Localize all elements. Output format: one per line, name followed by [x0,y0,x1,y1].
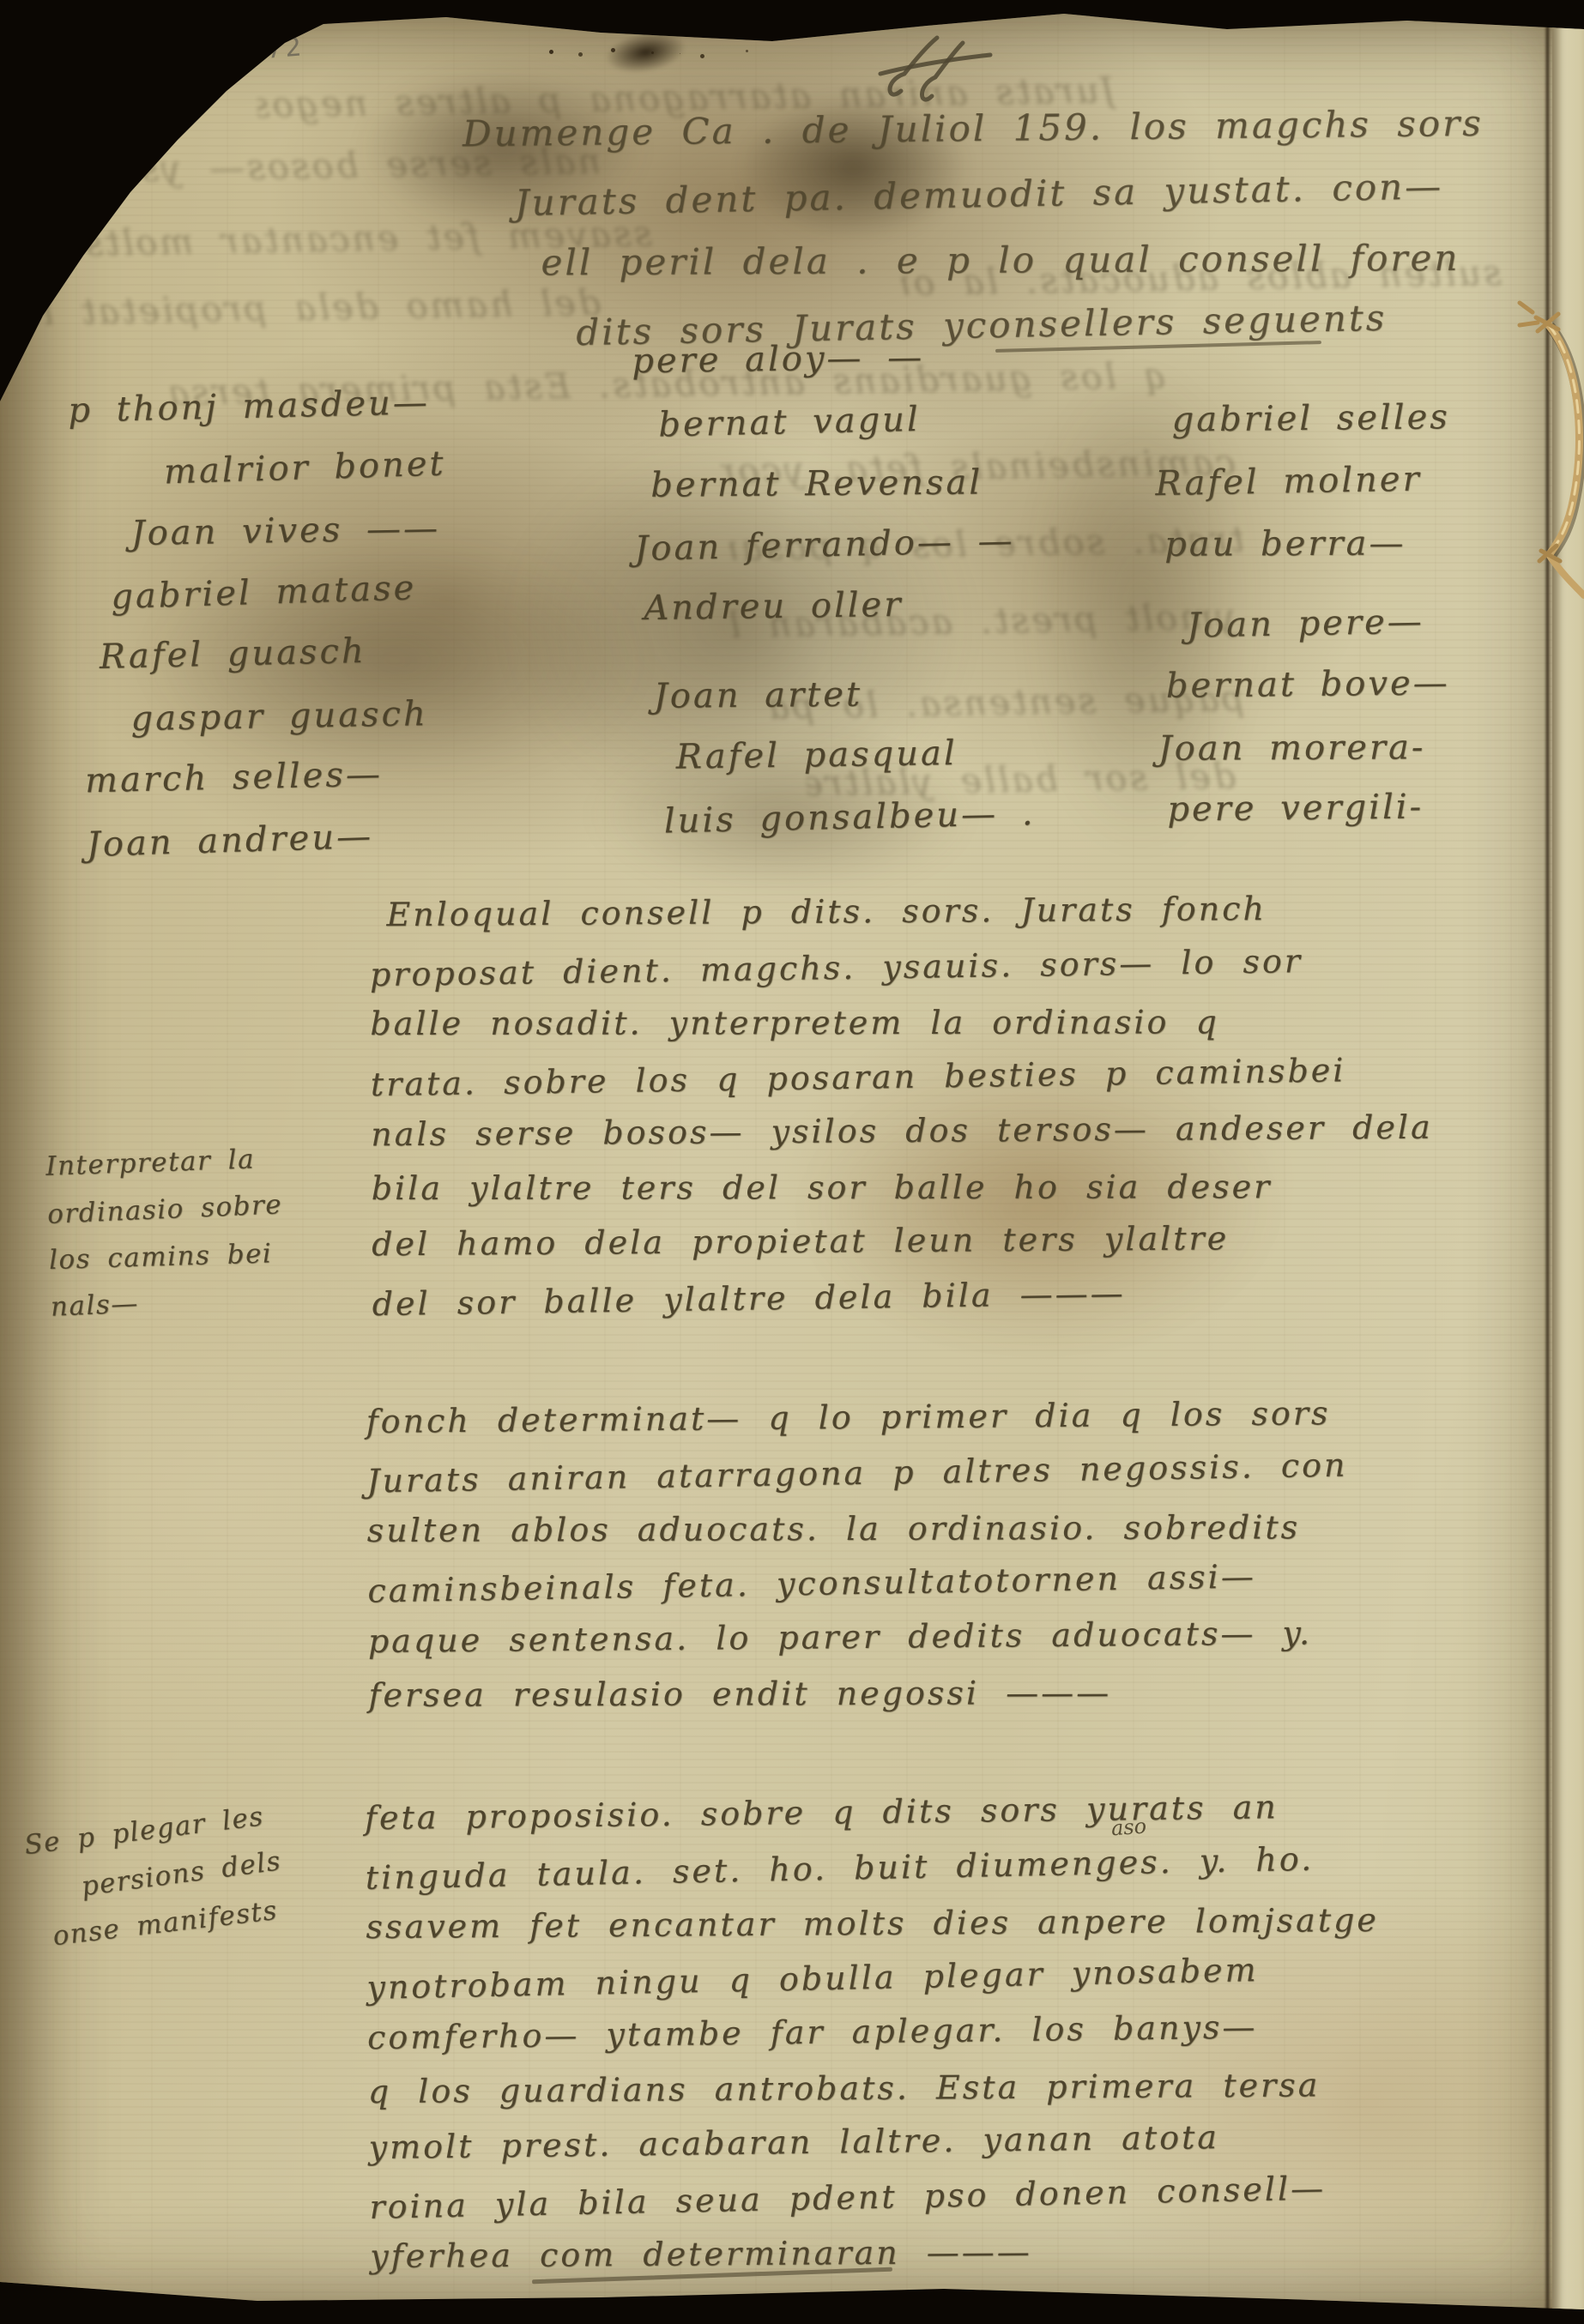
heading-line: Jurats dent pa. demuodit sa yustat. con— [514,153,1484,236]
attendee-name: malrior bonet [163,432,447,503]
attendee-name: Joan vives —— [130,498,448,564]
attendee-name: Rafel molner [1155,448,1451,515]
attendee-name: bernat vagul [658,386,1031,456]
attendee-name: Joan andreu— [86,803,456,876]
paragraph-proposition: feta proposisio. sobre q dits sors yurat… [365,1778,1383,2285]
attendee-name: pere vergili- [1167,776,1454,840]
manuscript-page: Jurats aniran atarragona p altres negoss… [0,0,1584,2324]
attendee-name: Joan pere— [1186,590,1452,657]
attendee-name: Joan ferrando— — [634,510,1032,580]
paragraph-line: Enloqual consell p dits. sors. Jurats fo… [386,880,1431,942]
attendee-column-left: p thonj masdeu— malrior bonet Joan vives… [42,371,456,874]
attendee-column-center: pere aloy— — bernat vagul bernat Revensa… [632,325,1036,850]
paragraph-line: balle nosadit. ynterpretem la ordinasio … [370,994,1432,1051]
margin-note-line: ordinasio sobre [46,1181,283,1238]
binding-thread [1507,283,1584,626]
paragraph-line: yferhea com determinaran ——— [370,2222,1383,2284]
attendee-name: gabriel selles [1171,386,1450,450]
paragraph-interpretation: Enloqual consell p dits. sors. Jurats fo… [369,880,1434,1327]
paragraph-line: Jurats aniran atarragona p altres negoss… [366,1438,1348,1509]
heading-line: ell peril dela . e p lo qual consell for… [541,226,1484,296]
attendee-name: Joan artet [653,662,1033,727]
attendee-name: bernat bove— [1166,652,1454,716]
attendee-name: luis gonsalbeu— . [663,782,1036,852]
paragraph-line: del hamo dela propietat leun ters ylaltr… [372,1210,1434,1272]
paragraph-determination: fonch determinat— q lo primer dia q los … [366,1385,1350,1723]
paragraph-line: proposat dient. magchs. ysauis. sors— lo… [369,932,1431,1002]
margin-note-line: Interpretar la [45,1135,281,1190]
paragraph-line: bila ylaltre ters del sor balle ho sia d… [372,1159,1434,1216]
attendee-name: Rafel pasqual [675,721,1035,788]
attendee-name: gabriel matase [110,556,450,628]
paragraph-line: del sor balle ylaltre dela bila ——— [372,1261,1434,1331]
superscript-annotation: aso [1110,1814,1147,1841]
attendee-name: Joan morera- [1158,716,1454,780]
h-flourish-mark-icon [875,24,995,106]
folio-number: 572 [246,32,305,67]
paragraph-line: q los guardians antrobats. Esta primera … [368,2057,1381,2119]
photo-background: Jurats aniran atarragona p altres negoss… [0,0,1584,2324]
attendee-name: gaspar guasch [130,683,452,751]
ink-blot [602,26,690,79]
attendee-name: march selles— [84,742,453,812]
ink-specks [549,50,553,54]
attendee-column-right: gabriel selles Rafel molner pau berra— J… [1154,386,1454,841]
attendee-name: bernat Revensal [650,451,1031,516]
attendee-name: Andreu oller [644,572,1033,639]
attendee-name: pere aloy— — [632,325,1030,392]
attendee-name: Rafel guasch [99,619,450,688]
margin-note-interpretar: Interpretar la ordinasio sobre los camin… [45,1135,286,1328]
attendee-name: pau berra— [1164,512,1452,576]
margin-note-persions: Se p plegar les persions dels onse manif… [21,1792,289,1961]
margin-note-line: nals— [50,1274,287,1331]
paragraph-line: fersea resulasio endit negossi ——— [368,1664,1350,1723]
attendee-name: p thonj masdeu— [68,371,445,442]
session-heading: Dumenge Ca . de Juliol 159. los magchs s… [462,91,1485,362]
